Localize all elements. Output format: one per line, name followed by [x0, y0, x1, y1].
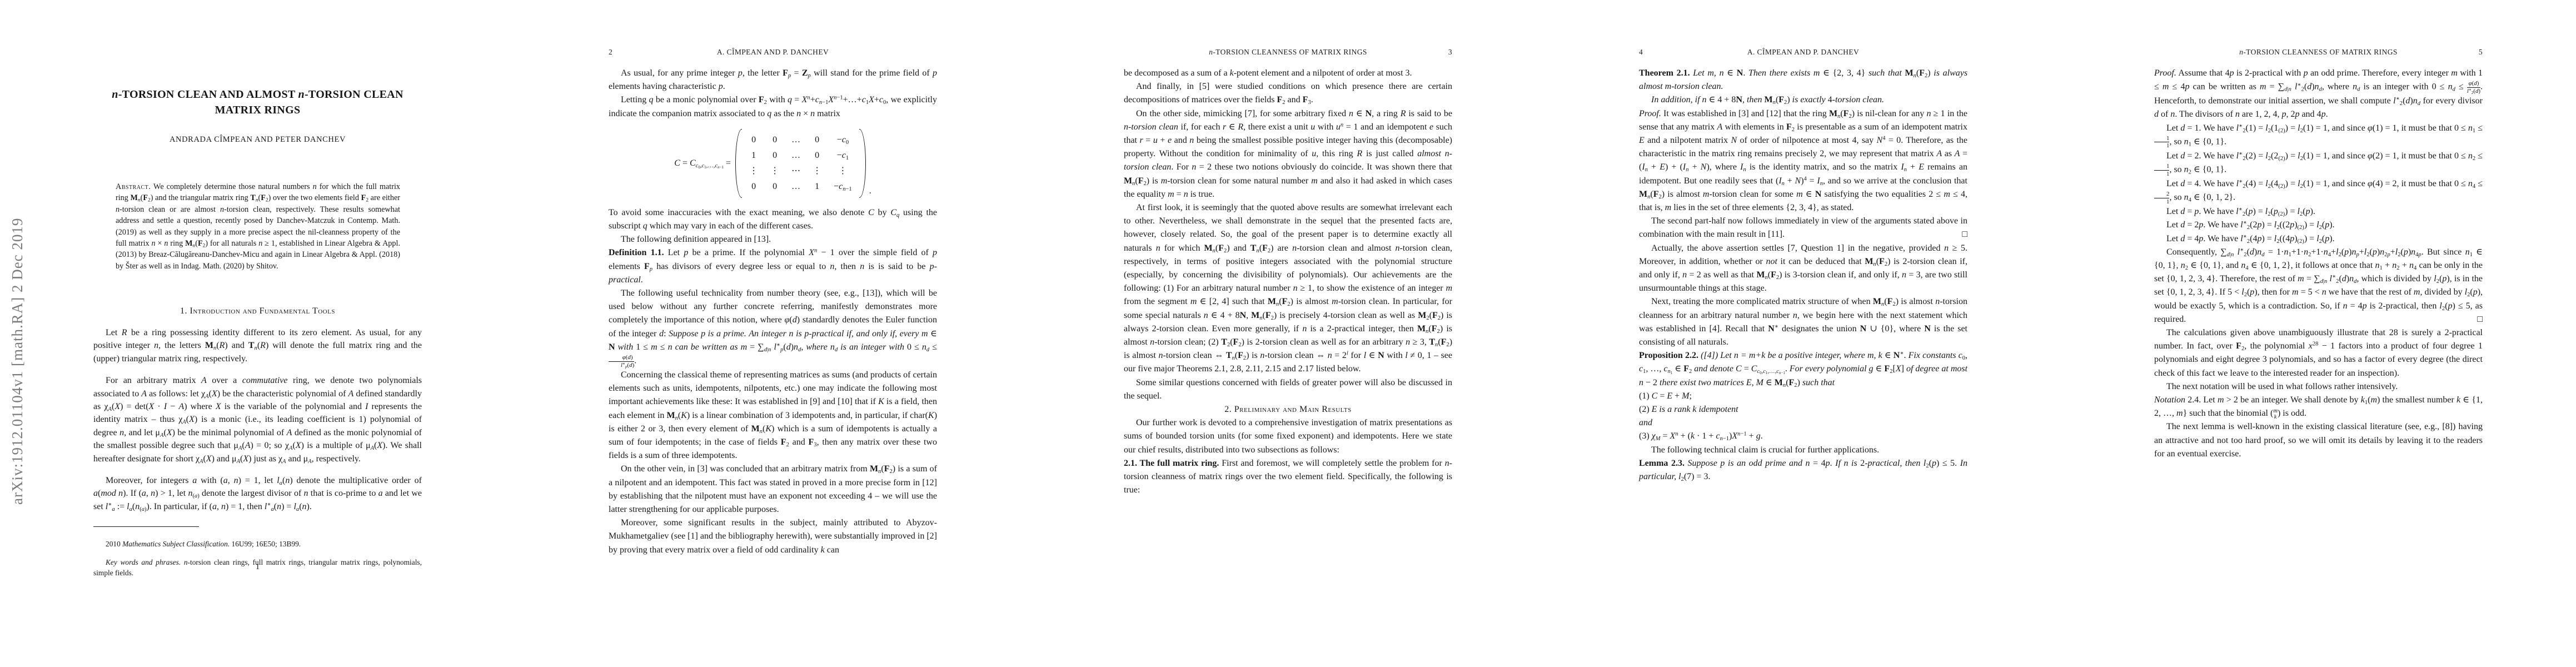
matrix-cell: … — [791, 150, 800, 161]
matrix-cell: 0 — [770, 135, 779, 146]
right-parenthesis — [859, 129, 866, 198]
matrix-cell: ⋮ — [813, 166, 821, 177]
page-5: n-TORSION CLEANNESS OF MATRIX RINGS 5 Pr… — [2061, 0, 2576, 667]
enumerate-item: (3) χM = Xn + (k · 1 + cn−1)Xn−1 + g. — [1639, 430, 1967, 443]
paragraph: The following useful technicality from n… — [609, 287, 937, 369]
paragraph: Letting q be a monic polynomial over F2 … — [609, 93, 937, 120]
running-head: 4 A. CÎMPEAN AND P. DANCHEV — [1639, 48, 1967, 59]
case-d-2: Let d = 2. We have l∗2(2) = l2(2(2)) = l… — [2154, 150, 2483, 177]
paragraph: On the other vein, in [3] was concluded … — [609, 462, 937, 516]
footnote: 2010 Mathematics Subject Classification.… — [93, 531, 422, 585]
paragraph: Next, treating the more complicated matr… — [1639, 295, 1967, 349]
paragraph: The next notation will be used in what f… — [2154, 380, 2483, 394]
section-heading-2: 2. Preliminary and Main Results — [1124, 403, 1452, 416]
case-d-4: Let d = 4. We have l∗2(4) = l2(4(2)) = l… — [2154, 177, 2483, 205]
paragraph: Consequently, ∑d|n l∗2(d)nd = 1·n1+1·n2+… — [2154, 246, 2483, 326]
page-number-4: 4 — [1639, 48, 1643, 57]
page-number-5: 5 — [2479, 48, 2483, 57]
paragraph: The following definition appeared in [13… — [609, 233, 937, 246]
paragraph: Moreover, for integers a with (a, n) = 1… — [93, 474, 422, 513]
page-number-2: 2 — [609, 48, 612, 57]
subsection-2-1: 2.1. The full matrix ring. First and for… — [1124, 457, 1452, 497]
enumerate-connector: and — [1639, 416, 1967, 430]
paragraph: Concerning the classical theme of repres… — [609, 369, 937, 462]
paper-title: n-TORSION CLEAN AND ALMOST n-TORSION CLE… — [93, 87, 422, 118]
arxiv-watermark: arXiv:1912.01104v1 [math.RA] 2 Dec 2019 — [9, 218, 26, 505]
page-4-body: Theorem 2.1. Let m, n ∈ N. Then there ex… — [1639, 67, 1967, 484]
proof-conclusion: The second part-half now follows immedia… — [1639, 215, 1967, 241]
page-5-body: Proof. Assume that 4p is 2-practical wit… — [2154, 67, 2483, 461]
paragraph: As usual, for any prime integer p, the l… — [609, 67, 937, 93]
running-head: n-TORSION CLEANNESS OF MATRIX RINGS 5 — [2154, 48, 2483, 59]
case-d-1: Let d = 1. We have l∗2(1) = l2(1(2)) = l… — [2154, 122, 2483, 150]
paragraph: The following technical claim is crucial… — [1639, 444, 1967, 457]
running-head-authors: A. CÎMPEAN AND P. DANCHEV — [609, 48, 937, 57]
page-2-body: As usual, for any prime integer p, the l… — [609, 67, 937, 557]
paragraph: Actually, the above assertion settles [7… — [1639, 242, 1967, 296]
footnote-rule — [93, 526, 199, 527]
left-parenthesis — [735, 129, 742, 198]
running-head: 2 A. CÎMPEAN AND P. DANCHEV — [609, 48, 937, 59]
paragraph: On the other side, mimicking [7], for so… — [1124, 107, 1452, 201]
running-head-title: n-TORSION CLEANNESS OF MATRIX RINGS — [1124, 48, 1452, 57]
notation-2-4: Notation 2.4. Let m > 2 be an integer. W… — [2154, 394, 2483, 420]
matrix-cell: ⋮ — [749, 166, 758, 177]
page-4: 4 A. CÎMPEAN AND P. DANCHEV Theorem 2.1.… — [1546, 0, 2061, 667]
page-1: arXiv:1912.01104v1 [math.RA] 2 Dec 2019 … — [0, 0, 515, 667]
running-head-title: n-TORSION CLEANNESS OF MATRIX RINGS — [2154, 48, 2483, 57]
section-heading-1: 1. Introduction and Fundamental Tools — [93, 306, 422, 316]
matrix-cell: 0 — [749, 181, 758, 192]
matrix-grid: 0 0 … 0 −c0 1 0 … 0 −c1 ⋮ ⋮ ⋯ ⋮ — [747, 129, 854, 198]
matrix-cell: 1 — [813, 181, 821, 192]
proof: Proof. Assume that 4p is 2-practical wit… — [2154, 67, 2483, 122]
matrix-cell: … — [791, 181, 800, 192]
matrix-cell: ⋮ — [770, 166, 779, 177]
proof: Proof. It was established in [3] and [12… — [1639, 107, 1967, 215]
proposition-2-2: Proposition 2.2. ([4]) Let n = m+k be a … — [1639, 349, 1967, 390]
page-number-3: 3 — [1448, 48, 1452, 57]
matrix-cell: −cn−1 — [834, 181, 852, 192]
paragraph: Our further work is devoted to a compreh… — [1124, 416, 1452, 457]
matrix-cell: −c1 — [834, 150, 852, 161]
matrix-cell: 1 — [749, 150, 758, 161]
enumerate-item: (2) E is a rank k idempotent — [1639, 403, 1967, 416]
case-d-2p: Let d = 2p. We have l∗2(2p) = l2((2p)(2)… — [2154, 218, 2483, 232]
page-number-1: 1 — [0, 563, 515, 572]
paragraph: The next lemma is well-known in the exis… — [2154, 420, 2483, 461]
equation-lhs: C = Cc0,c1,…,cn−1 = — [674, 157, 731, 170]
matrix-cell: −c0 — [834, 135, 852, 146]
theorem-2-1-addition: In addition, if n ∈ 4 + 8N, then Mn(F2) … — [1639, 93, 1967, 107]
lemma-2-3: Lemma 2.3. Suppose p is an odd prime and… — [1639, 457, 1967, 484]
matrix-cell: 0 — [813, 150, 821, 161]
running-head: n-TORSION CLEANNESS OF MATRIX RINGS 3 — [1124, 48, 1452, 59]
page-3: n-TORSION CLEANNESS OF MATRIX RINGS 3 be… — [1030, 0, 1546, 667]
paragraph: be decomposed as a sum of a k-potent ele… — [1124, 67, 1452, 80]
case-d-p: Let d = p. We have l∗2(p) = l2(p(2)) = l… — [2154, 205, 2483, 218]
page-2: 2 A. CÎMPEAN AND P. DANCHEV As usual, fo… — [515, 0, 1030, 667]
paragraph: At first look, it is seemingly that the … — [1124, 201, 1452, 376]
display-equation: C = Cc0,c1,…,cn−1 = 0 0 … 0 −c0 1 0 … 0 … — [609, 129, 937, 198]
matrix-cell: ⋮ — [834, 166, 852, 177]
matrix-cell: 0 — [749, 135, 758, 146]
matrix-cell: 0 — [770, 181, 779, 192]
matrix-cell: … — [791, 135, 800, 146]
page-3-body: be decomposed as a sum of a k-potent ele… — [1124, 67, 1452, 497]
paragraph: And finally, in [5] were studied conditi… — [1124, 80, 1452, 107]
abstract: Abstract. We completely determine those … — [116, 181, 400, 272]
paragraph: Let R be a ring possessing identity diff… — [93, 326, 422, 365]
matrix-cell: ⋯ — [791, 166, 800, 177]
paragraph: Moreover, some significant results in th… — [609, 516, 937, 557]
paragraph: To avoid some inaccuracies with the exac… — [609, 206, 937, 233]
running-head-authors: A. CÎMPEAN AND P. DANCHEV — [1639, 48, 1967, 57]
paragraph: Some similar questions concerned with fi… — [1124, 376, 1452, 403]
paragraph: For an arbitrary matrix A over a commuta… — [93, 374, 422, 465]
case-d-4p: Let d = 4p. We have l∗2(4p) = l2((4p)(2)… — [2154, 232, 2483, 246]
matrix-cell: 0 — [770, 150, 779, 161]
definition-1-1: Definition 1.1. Let p be a prime. If the… — [609, 246, 937, 287]
enumerate-item: (1) C = E + M; — [1639, 390, 1967, 403]
matrix-cell: 0 — [813, 135, 821, 146]
paragraph: The calculations given above unambiguous… — [2154, 326, 2483, 380]
equation-period: . — [869, 185, 871, 198]
introduction-text: Let R be a ring possessing identity diff… — [93, 317, 422, 522]
footnote-msc: 2010 Mathematics Subject Classification.… — [93, 539, 422, 549]
paper-sheet: arXiv:1912.01104v1 [math.RA] 2 Dec 2019 … — [0, 0, 2576, 667]
paper-authors: ANDRADA CÎMPEAN AND PETER DANCHEV — [93, 135, 422, 145]
theorem-2-1: Theorem 2.1. Let m, n ∈ N. Then there ex… — [1639, 67, 1967, 93]
companion-matrix: 0 0 … 0 −c0 1 0 … 0 −c1 ⋮ ⋮ ⋯ ⋮ — [735, 129, 866, 198]
